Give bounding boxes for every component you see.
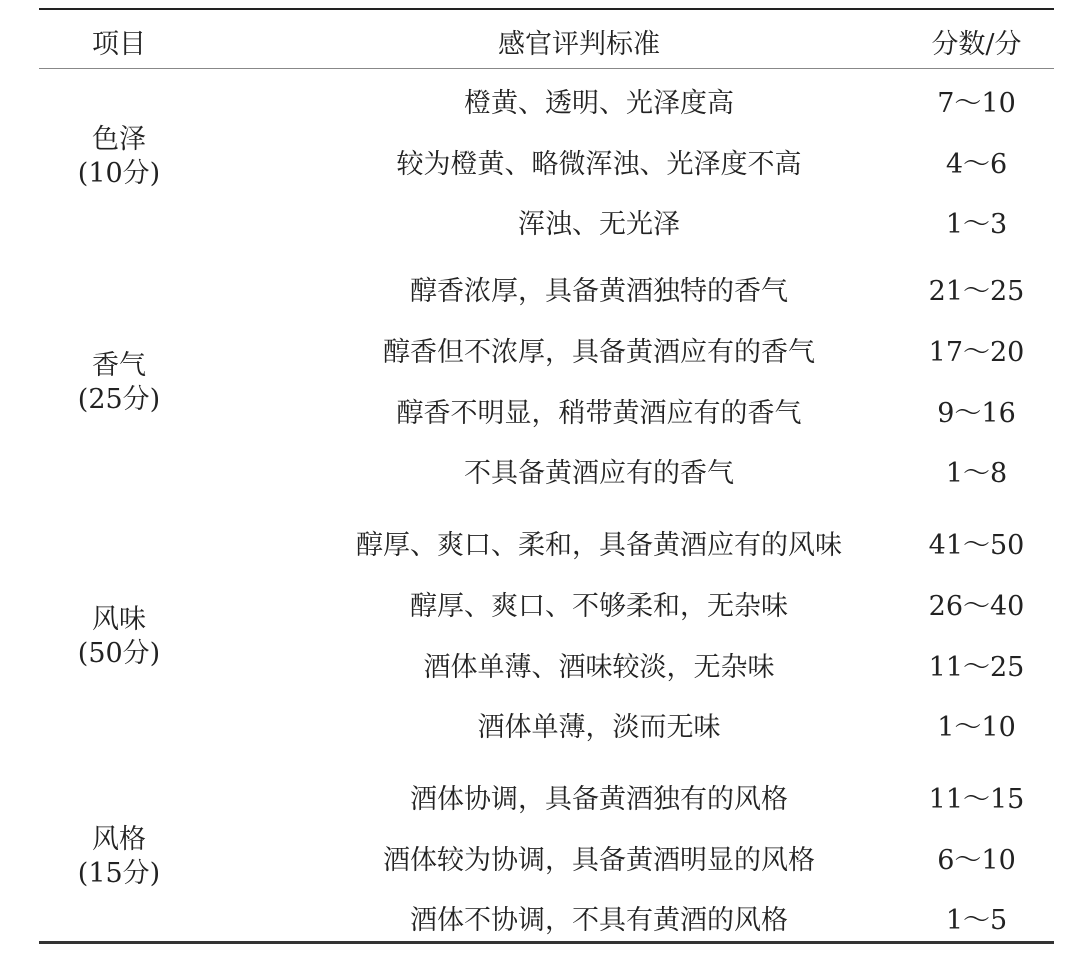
table-row: 醇厚、爽口、柔和，具备黄酒应有的风味 41～50 [39, 519, 1054, 559]
criteria-cell: 醇香浓厚，具备黄酒独特的香气 [199, 269, 999, 308]
table-row: 醇香浓厚，具备黄酒独特的香气 21～25 [39, 265, 1054, 305]
group-aroma: 香气 (25分) 醇香浓厚，具备黄酒独特的香气 21～25 醇香但不浓厚，具备黄… [39, 265, 1054, 515]
table-header: 项目 感官评判标准 分数/分 [39, 10, 1054, 68]
score-cell: 17～20 [899, 330, 1054, 369]
criteria-cell: 酒体较为协调，具备黄酒明显的风格 [199, 838, 999, 877]
criteria-cell: 酒体不协调，不具有黄酒的风格 [199, 898, 999, 937]
criteria-cell: 不具备黄酒应有的香气 [199, 451, 999, 490]
criteria-cell: 酒体协调，具备黄酒独有的风格 [199, 777, 999, 816]
score-cell: 1～10 [899, 705, 1054, 744]
table-row: 醇香不明显，稍带黄酒应有的香气 9～16 [39, 387, 1054, 427]
table-row: 酒体不协调，不具有黄酒的风格 1～5 [39, 894, 1054, 934]
score-cell: 7～10 [899, 81, 1054, 120]
score-cell: 26～40 [899, 584, 1054, 623]
score-cell: 1～5 [899, 898, 1054, 937]
score-cell: 11～15 [899, 777, 1054, 816]
header-item: 项目 [39, 22, 199, 61]
score-cell: 21～25 [899, 269, 1054, 308]
sensory-evaluation-table: 项目 感官评判标准 分数/分 色泽 (10分) 橙黄、透明、光泽度高 7～10 … [39, 8, 1054, 944]
table-row: 较为橙黄、略微浑浊、光泽度不高 4～6 [39, 138, 1054, 178]
score-cell: 11～25 [899, 645, 1054, 684]
group-style: 风格 (15分) 酒体协调，具备黄酒独有的风格 11～15 酒体较为协调，具备黄… [39, 769, 1054, 941]
table-row: 浑浊、无光泽 1～3 [39, 198, 1054, 238]
table-row: 醇香但不浓厚，具备黄酒应有的香气 17～20 [39, 326, 1054, 366]
table-row: 醇厚、爽口、不够柔和，无杂味 26～40 [39, 580, 1054, 620]
score-cell: 41～50 [899, 523, 1054, 562]
criteria-cell: 酒体单薄，淡而无味 [199, 705, 999, 744]
table-row: 不具备黄酒应有的香气 1～8 [39, 447, 1054, 487]
score-cell: 1～3 [899, 202, 1054, 241]
table-row: 酒体单薄、酒味较淡，无杂味 11～25 [39, 641, 1054, 681]
criteria-cell: 较为橙黄、略微浑浊、光泽度不高 [199, 142, 999, 181]
header-score: 分数/分 [899, 22, 1054, 61]
criteria-cell: 橙黄、透明、光泽度高 [199, 81, 999, 120]
score-cell: 6～10 [899, 838, 1054, 877]
criteria-cell: 醇香但不浓厚，具备黄酒应有的香气 [199, 330, 999, 369]
score-cell: 9～16 [899, 391, 1054, 430]
criteria-cell: 酒体单薄、酒味较淡，无杂味 [199, 645, 999, 684]
group-flavor: 风味 (50分) 醇厚、爽口、柔和，具备黄酒应有的风味 41～50 醇厚、爽口、… [39, 519, 1054, 769]
table-row: 酒体单薄，淡而无味 1～10 [39, 701, 1054, 741]
table-row: 橙黄、透明、光泽度高 7～10 [39, 77, 1054, 117]
group-color: 色泽 (10分) 橙黄、透明、光泽度高 7～10 较为橙黄、略微浑浊、光泽度不高… [39, 69, 1054, 254]
table-row: 酒体较为协调，具备黄酒明显的风格 6～10 [39, 834, 1054, 874]
table-body: 色泽 (10分) 橙黄、透明、光泽度高 7～10 较为橙黄、略微浑浊、光泽度不高… [39, 69, 1054, 941]
criteria-cell: 醇香不明显，稍带黄酒应有的香气 [199, 391, 999, 430]
criteria-cell: 醇厚、爽口、不够柔和，无杂味 [199, 584, 999, 623]
table-row: 酒体协调，具备黄酒独有的风格 11～15 [39, 773, 1054, 813]
criteria-cell: 浑浊、无光泽 [199, 202, 999, 241]
criteria-cell: 醇厚、爽口、柔和，具备黄酒应有的风味 [199, 523, 999, 562]
score-cell: 1～8 [899, 451, 1054, 490]
score-cell: 4～6 [899, 142, 1054, 181]
bottom-rule [39, 941, 1054, 944]
header-criteria: 感官评判标准 [199, 22, 959, 61]
